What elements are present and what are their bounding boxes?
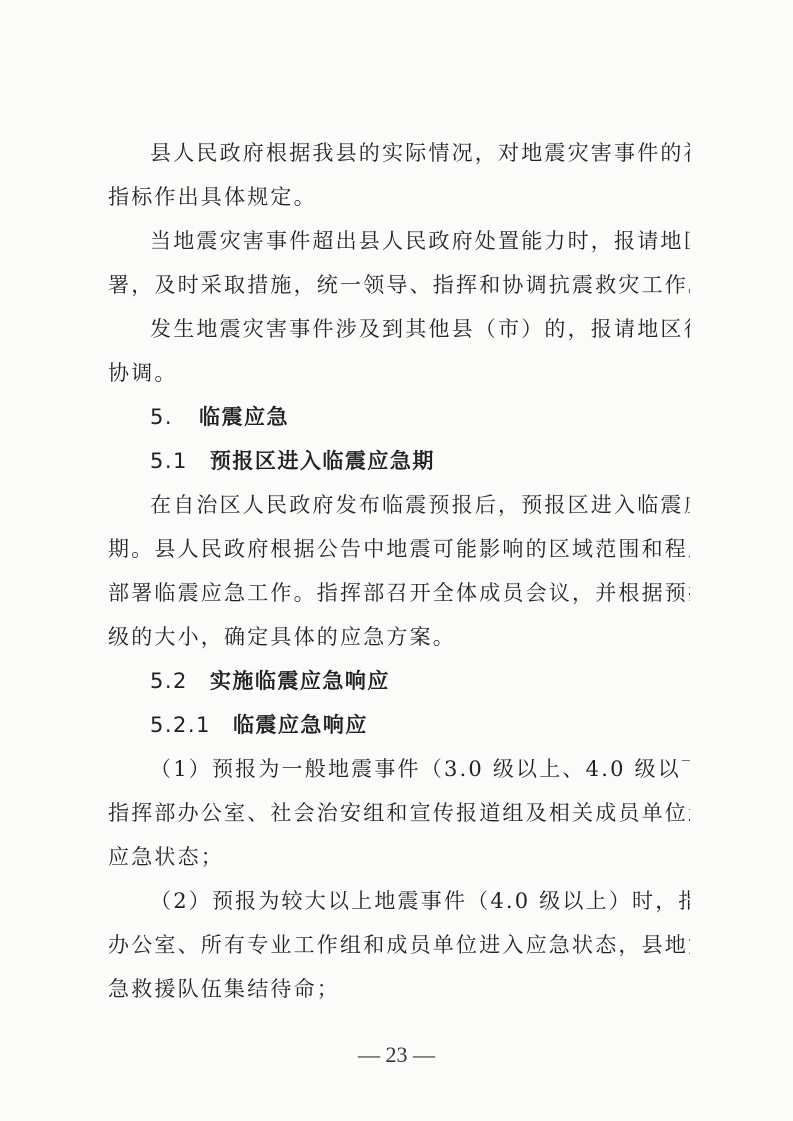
list-item-line: 应急状态；: [108, 842, 690, 872]
document-page: 县人民政府根据我县的实际情况，对地震灾害事件的初判 指标作出具体规定。 当地震灾…: [0, 0, 793, 1121]
list-item-line: 办公室、所有专业工作组和成员单位进入应急状态，县地震应: [108, 930, 690, 960]
section-number: 5.2: [150, 666, 188, 696]
paragraph-line: 指标作出具体规定。: [108, 182, 690, 212]
list-item-line: （2）预报为较大以上地震事件（4.0 级以上）时，指挥部: [150, 886, 690, 916]
paragraph-line: 协调。: [108, 358, 690, 388]
paragraph-line: 部署临震应急工作。指挥部召开全体成员会议，并根据预报震: [108, 578, 690, 608]
paragraph-line: 县人民政府根据我县的实际情况，对地震灾害事件的初判: [150, 138, 690, 168]
section-heading-5-2: 5.2实施临震应急响应: [150, 666, 690, 696]
paragraph-line: 当地震灾害事件超出县人民政府处置能力时，报请地区行: [150, 226, 690, 256]
section-number: 5.: [150, 402, 173, 432]
paragraph-line: 署，及时采取措施，统一领导、指挥和协调抗震救灾工作。: [108, 270, 690, 300]
paragraph-line: 发生地震灾害事件涉及到其他县（市）的，报请地区行署: [150, 314, 690, 344]
section-number: 5.1: [150, 446, 188, 476]
section-title: 临震应急: [199, 405, 289, 429]
page-number: — 23 —: [0, 1042, 793, 1068]
paragraph-line: 在自治区人民政府发布临震预报后，预报区进入临震应急: [150, 490, 690, 520]
list-item-line: 急救援队伍集结待命；: [108, 974, 690, 1004]
section-heading-5: 5.临震应急: [150, 402, 690, 432]
section-number: 5.2.1: [150, 710, 211, 740]
section-title: 临震应急响应: [233, 713, 368, 737]
paragraph-line: 期。县人民政府根据公告中地震可能影响的区域范围和程度，: [108, 534, 690, 564]
list-item-line: （1）预报为一般地震事件（3.0 级以上、4.0 级以下）时，: [150, 754, 690, 784]
section-heading-5-2-1: 5.2.1临震应急响应: [150, 710, 690, 740]
section-heading-5-1: 5.1预报区进入临震应急期: [150, 446, 690, 476]
section-title: 实施临震应急响应: [210, 669, 390, 693]
paragraph-line: 级的大小，确定具体的应急方案。: [108, 622, 690, 652]
section-title: 预报区进入临震应急期: [210, 449, 435, 473]
list-item-line: 指挥部办公室、社会治安组和宣传报道组及相关成员单位进入: [108, 798, 690, 828]
